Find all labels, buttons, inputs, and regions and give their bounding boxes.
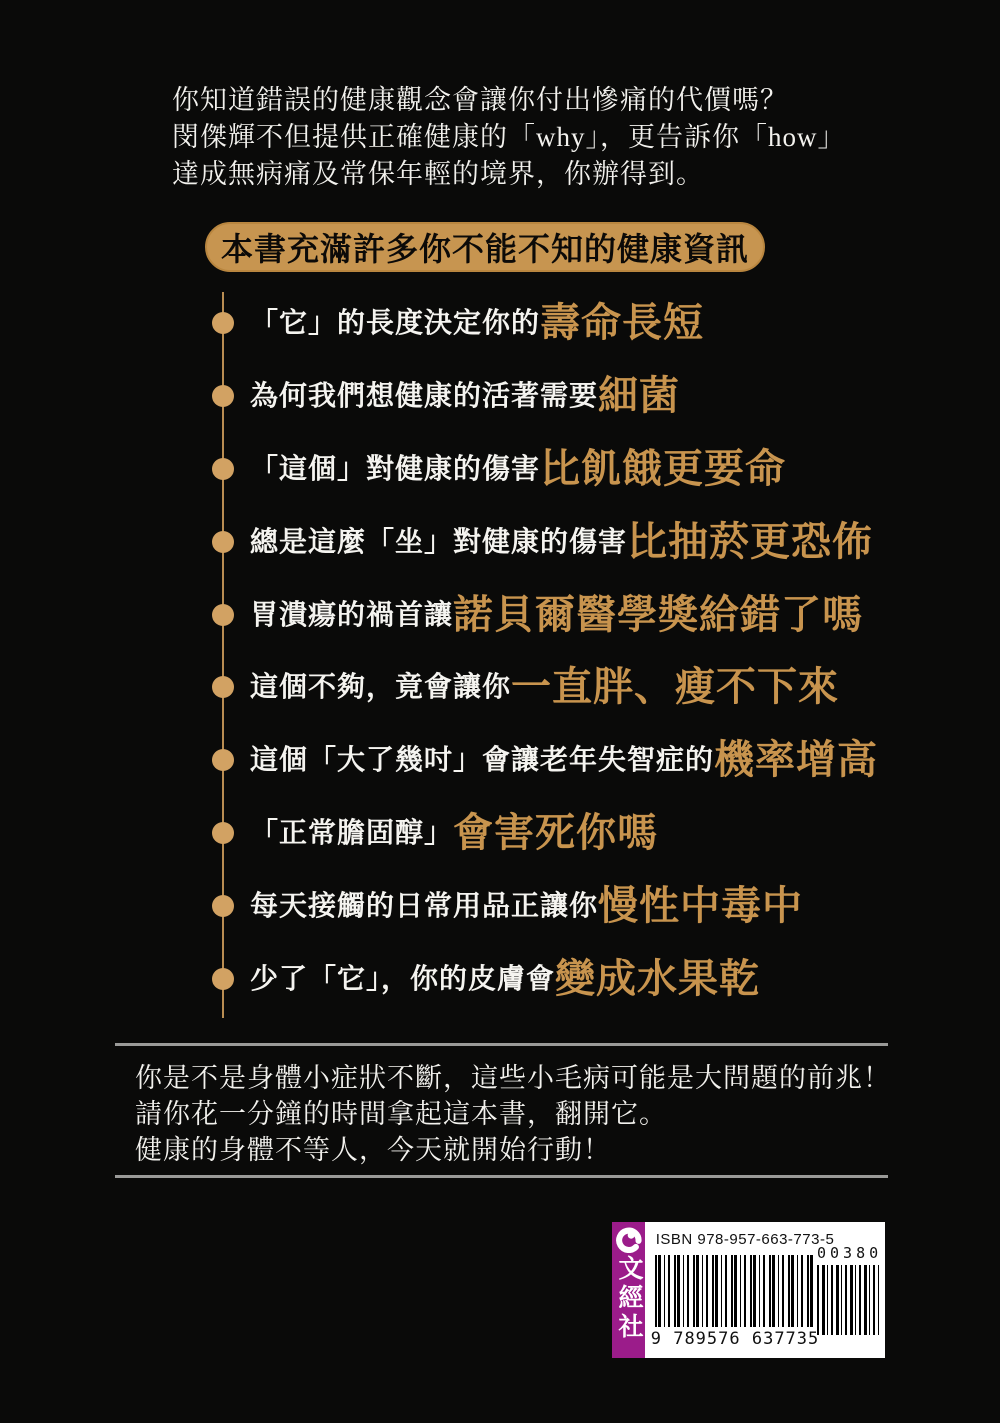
item-text-white: 總是這麼「坐」對健康的傷害 [250, 528, 627, 556]
barcode-box: ISBN 978-957-663-773-5 9 789576 637735 0… [645, 1222, 885, 1358]
publisher-strip: 文經社 [612, 1222, 645, 1358]
bullet-icon [212, 312, 234, 334]
outro-line: 請你花一分鐘的時間拿起這本書，翻開它。 [135, 1096, 891, 1132]
list-item: 「正常膽固醇」 會害死你嗎 [204, 797, 964, 870]
item-text-gold: 機率增高 [714, 740, 878, 780]
list-item: 為何我們想健康的活著需要 細菌 [204, 360, 964, 433]
bullet-icon [212, 458, 234, 480]
outro-line: 你是不是身體小症狀不斷，這些小毛病可能是大問題的前兆！ [135, 1060, 891, 1096]
item-text-gold: 諾貝爾醫學獎給錯了嗎 [453, 595, 863, 635]
item-text-white: 少了「它」，你的皮膚會 [250, 965, 555, 993]
intro-line: 你知道錯誤的健康觀念會讓你付出慘痛的代價嗎？ [172, 82, 846, 119]
item-text-white: 每天接觸的日常用品正讓你 [250, 892, 598, 920]
list-item: 「這個」對健康的傷害 比飢餓更要命 [204, 433, 964, 506]
item-text-gold: 變成水果乾 [555, 959, 760, 999]
item-text-gold: 慢性中毒中 [598, 886, 803, 926]
publisher-name: 文經社 [616, 1255, 641, 1342]
bullet-icon [212, 822, 234, 844]
list-item: 這個不夠，竟會讓你 一直胖、瘦不下來 [204, 651, 964, 724]
item-text-gold: 會害死你嗎 [453, 813, 658, 853]
list-item: 總是這麼「坐」對健康的傷害 比抽菸更恐佈 [204, 505, 964, 578]
item-text-white: 「這個」對健康的傷害 [250, 455, 540, 483]
item-text-gold: 細菌 [598, 376, 680, 416]
item-text-white: 這個「大了幾吋」會讓老年失智症的 [250, 746, 714, 774]
item-text-gold: 壽命長短 [540, 303, 704, 343]
addon-barcode-icon [817, 1265, 879, 1335]
item-text-white: 這個不夠，竟會讓你 [250, 673, 511, 701]
bullet-icon [212, 749, 234, 771]
divider-line-bottom [115, 1175, 888, 1178]
list-item: 胃潰瘍的禍首讓 諾貝爾醫學獎給錯了嗎 [204, 578, 964, 651]
book-back-cover: { "colors": { "background": "#0a0a09", "… [0, 0, 1000, 1423]
tagline-badge-label: 本書充滿許多你不能不知的健康資訊 [221, 224, 749, 270]
list-item: 每天接觸的日常用品正讓你 慢性中毒中 [204, 869, 964, 942]
isbn-label: ISBN 978-957-663-773-5 [645, 1231, 845, 1248]
item-text-white: 為何我們想健康的活著需要 [250, 382, 598, 410]
list-item: 少了「它」，你的皮膚會 變成水果乾 [204, 942, 964, 1015]
publisher-logo-icon [616, 1227, 642, 1253]
item-text-gold: 一直胖、瘦不下來 [511, 667, 839, 707]
bullet-icon [212, 604, 234, 626]
bullet-icon [212, 385, 234, 407]
bullet-icon [212, 676, 234, 698]
isbn-block: 文經社 ISBN 978-957-663-773-5 9 789576 6377… [612, 1222, 885, 1358]
item-text-gold: 比飢餓更要命 [540, 449, 786, 489]
list-item: 這個「大了幾吋」會讓老年失智症的 機率增高 [204, 724, 964, 797]
benefit-list: 「它」的長度決定你的 壽命長短 為何我們想健康的活著需要 細菌 「這個」對健康的… [204, 287, 964, 1015]
divider-line-top [115, 1043, 888, 1046]
intro-line: 閔傑輝不但提供正確健康的「why」，更告訴你「how」 [172, 119, 846, 156]
bullet-icon [212, 531, 234, 553]
item-text-gold: 比抽菸更恐佈 [627, 522, 873, 562]
intro-text: 你知道錯誤的健康觀念會讓你付出慘痛的代價嗎？ 閔傑輝不但提供正確健康的「why」… [172, 82, 846, 193]
bullet-icon [212, 968, 234, 990]
item-text-white: 「它」的長度決定你的 [250, 309, 540, 337]
list-item: 「它」的長度決定你的 壽命長短 [204, 287, 964, 360]
item-text-white: 胃潰瘍的禍首讓 [250, 601, 453, 629]
bullet-icon [212, 895, 234, 917]
addon-barcode: 00380 [817, 1244, 879, 1335]
tagline-badge: 本書充滿許多你不能不知的健康資訊 [205, 222, 765, 272]
ean-barcode-icon [655, 1255, 815, 1327]
item-text-white: 「正常膽固醇」 [250, 819, 453, 847]
outro-line: 健康的身體不等人，今天就開始行動！ [135, 1132, 891, 1168]
outro-text: 你是不是身體小症狀不斷，這些小毛病可能是大問題的前兆！ 請你花一分鐘的時間拿起這… [135, 1060, 891, 1168]
intro-line: 達成無病痛及常保年輕的境界，你辦得到。 [172, 156, 846, 193]
barcode-digits: 9 789576 637735 [647, 1329, 823, 1349]
addon-digits: 00380 [817, 1244, 879, 1262]
